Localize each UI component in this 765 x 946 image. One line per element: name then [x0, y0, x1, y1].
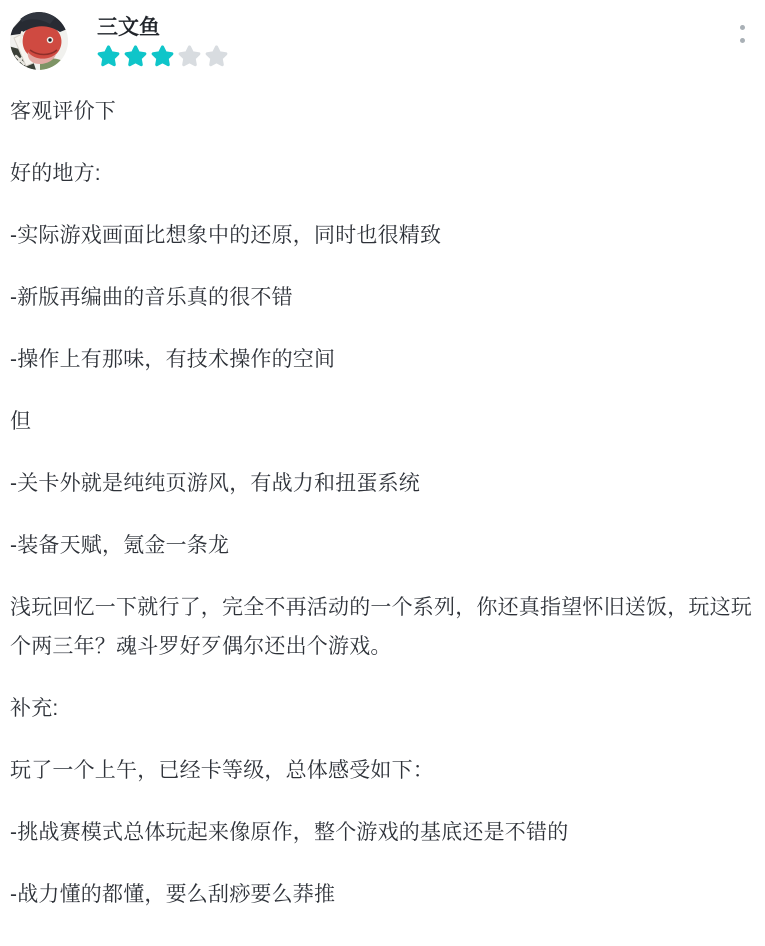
- review-paragraph: -新版再编曲的音乐真的很不错: [10, 278, 755, 317]
- review-paragraph: 好的地方:: [10, 154, 755, 193]
- star-filled-icon: [151, 45, 174, 67]
- review-paragraph: 补充:: [10, 689, 755, 728]
- review-paragraph: -关卡外就是纯纯页游风，有战力和扭蛋系统: [10, 464, 755, 503]
- review-card: 三文鱼 客观评价下好的地方:-实际游戏画面比想象中的还原，同时也很精致-新版再编…: [0, 0, 765, 946]
- review-paragraph: -挑战赛模式总体玩起来像原作，整个游戏的基底还是不错的: [10, 813, 755, 852]
- review-paragraph: -装备天赋，氪金一条龙: [10, 526, 755, 565]
- kebab-dot-icon: [740, 25, 745, 30]
- review-paragraph: 但: [10, 402, 755, 441]
- avatar[interactable]: [10, 12, 68, 70]
- review-paragraph: 客观评价下: [10, 92, 755, 131]
- review-paragraph: -操作上有那味，有技术操作的空间: [10, 340, 755, 379]
- star-rating: [97, 45, 228, 67]
- review-paragraph: 浅玩回忆一下就行了，完全不再活动的一个系列，你还真指望怀旧送饭，玩这玩个两三年？…: [10, 588, 755, 666]
- star-filled-icon: [124, 45, 147, 67]
- review-paragraph: -战力懂的都懂，要么刮痧要么莽推: [10, 875, 755, 914]
- review-header: 三文鱼: [0, 0, 765, 70]
- username[interactable]: 三文鱼: [97, 16, 228, 40]
- review-body: 客观评价下好的地方:-实际游戏画面比想象中的还原，同时也很精致-新版再编曲的音乐…: [0, 70, 765, 914]
- review-paragraph: 玩了一个上午，已经卡等级，总体感受如下：: [10, 751, 755, 790]
- star-empty-icon: [205, 45, 228, 67]
- more-menu-button[interactable]: [732, 20, 752, 48]
- salmon-character-icon: [10, 12, 68, 70]
- star-filled-icon: [97, 45, 120, 67]
- header-meta: 三文鱼: [97, 12, 228, 67]
- review-paragraph: -实际游戏画面比想象中的还原，同时也很精致: [10, 216, 755, 255]
- star-empty-icon: [178, 45, 201, 67]
- kebab-dot-icon: [740, 38, 745, 43]
